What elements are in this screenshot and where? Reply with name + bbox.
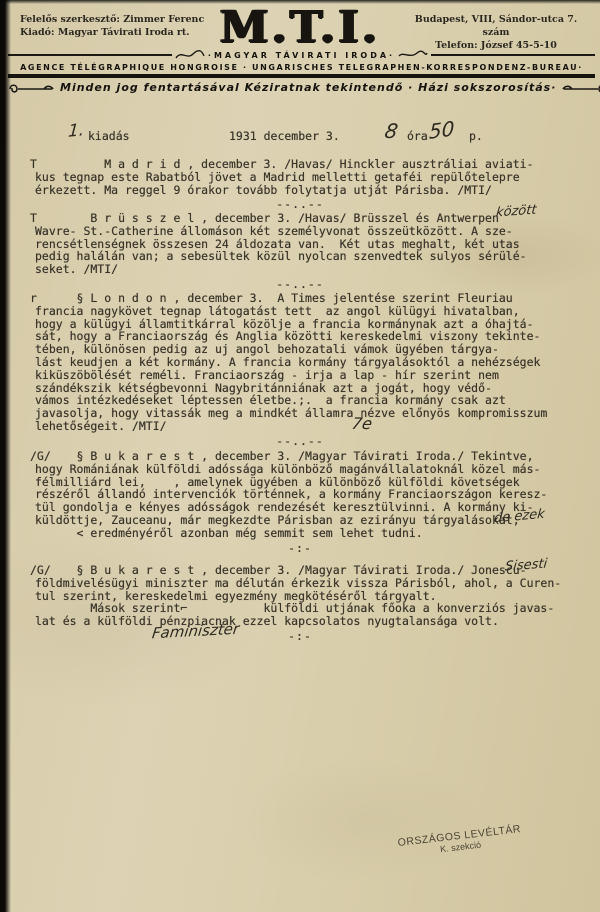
article-london: r § L o n d o n , december 3. A Times je… [30,292,578,448]
margin-mark: T [30,158,37,171]
margin-mark: /G/ [30,564,51,577]
address-line: Budapest, VIII, Sándor-utca 7. szám [405,13,587,39]
minute-label: p. [469,130,483,143]
article-text: B r ü s s z e l , december 3. /Havas/ Br… [35,212,578,276]
edition-label: kiadás [88,130,130,143]
rule-thick [8,74,595,78]
margin-mark: /G/ [30,450,51,463]
article-text: M a d r i d , december 3. /Havas/ Hinckl… [35,158,578,196]
handwritten-hour: 8 [383,119,400,143]
hour-label: óra [407,130,428,143]
margin-mark: r [30,292,37,305]
handwritten-sisesti: Sisesti [504,556,548,574]
scroll-right-icon [562,81,600,95]
article-text: § B u k a r e s t , december 3. /Magyar … [35,564,578,628]
article-separator: -:- [30,542,570,555]
rule-right [431,54,595,56]
article-separator: --..-- [30,435,570,448]
article-madrid: T M a d r i d , december 3. /Havas/ Hinc… [30,158,578,211]
handwritten-minute: 50 [429,116,455,144]
article-text: § L o n d o n , december 3. A Times jele… [35,292,578,433]
article-separator: -:- [30,630,570,643]
flourish-left-icon [175,49,205,61]
article-separator: --..-- [30,278,570,291]
rights-line: Minden jog fentartásával Kéziratnak teki… [60,81,556,94]
banner-row-hungarian: ·MAGYAR TÁVIRATI IRODA· [8,49,595,61]
article-bucharest-minister: /G/ § B u k a r e s t , december 3. /Mag… [30,564,578,643]
letterhead-banner: ·MAGYAR TÁVIRATI IRODA· AGENCE TÉLÉGRAPH… [8,49,595,95]
scan-edge-top [0,0,600,4]
article-text: § B u k a r e s t , december 3. /Magyar … [35,450,578,540]
banner-international-title: AGENCE TÉLÉGRAPHIQUE HONGROISE · UNGARIS… [8,63,595,72]
dateline-date: 1931 december 3. [229,130,340,143]
banner-hungarian-title: ·MAGYAR TÁVIRATI IRODA· [208,51,395,60]
handwritten-edition-number: 1. [67,120,85,142]
rule-left [8,54,172,56]
article-bucharest-debts: /G/ § B u k a r e s t , december 3. /Mag… [30,450,578,554]
handwritten-kozott: között [495,203,537,221]
article-separator: --..-- [30,198,570,211]
scroll-left-icon [8,81,54,95]
flourish-right-icon [398,49,428,61]
margin-mark: T [30,212,37,225]
handwritten-seven-e: 7e [350,414,373,433]
banner-rights-row: Minden jog fentartásával Kéziratnak teki… [8,81,595,95]
article-brussels: T B r ü s s z e l , december 3. /Havas/ … [30,212,578,291]
masthead-right-block: Budapest, VIII, Sándor-utca 7. szám Tele… [405,13,587,52]
archive-stamp: ORSZÁGOS LEVÉLTÁR K. szekció [397,823,523,859]
scanned-bulletin-page: Felelős szerkesztő: Zimmer Ferenc Kiadó:… [0,0,600,912]
scan-edge-left [0,0,11,912]
